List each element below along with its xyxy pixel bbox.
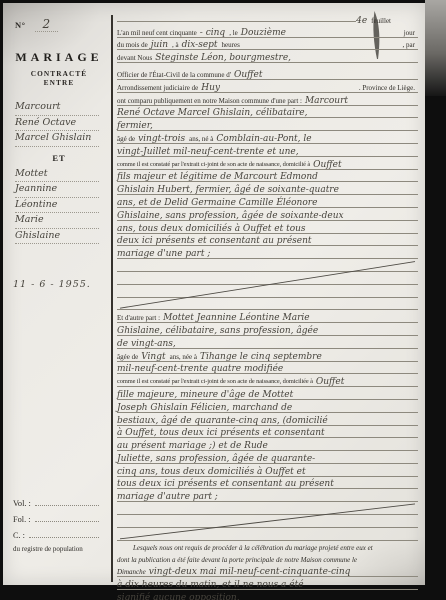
- vol-label: Vol. :: [13, 499, 31, 508]
- party1-names: MarcourtRené OctaveMarcel Ghislain: [15, 100, 103, 147]
- fol-fill-line: [35, 513, 99, 522]
- strikethrough-diagonal: [117, 502, 418, 540]
- handwritten-text: bestiaux, âgé de quarante-cinq ans, (dom…: [117, 417, 328, 426]
- handwritten-text: Steginste Léon, bourgmestre,: [155, 54, 291, 63]
- handwritten-text: - cinq: [200, 29, 225, 38]
- handwritten-text: mil-neuf-cent-trente quatre modifiée: [117, 365, 283, 374]
- form-row: ont comparu publiquement en notre Maison…: [117, 93, 418, 106]
- sidebar: N° 2 MARIAGE CONTRACTÉ ENTRE MarcourtRen…: [3, 3, 111, 585]
- document-page: N° 2 MARIAGE CONTRACTÉ ENTRE MarcourtRen…: [3, 3, 425, 585]
- handwritten-name-line: Jeannine: [15, 182, 99, 198]
- underlying-page-edge: [425, 0, 446, 96]
- handwritten-text: Ghislaine, sans profession, âgée de soix…: [117, 212, 344, 221]
- handwritten-text: signifié aucune opposition,: [117, 594, 240, 600]
- handwritten-text: Joseph Ghislain Félicien, marchand de: [117, 404, 292, 413]
- printed-text: Arrondissement judiciaire de: [117, 84, 198, 92]
- column-divider-rule: [111, 15, 113, 582]
- form-title: MARIAGE: [15, 50, 103, 65]
- handwritten-text: fils majeur et légitime de Marcourt Edmo…: [117, 173, 318, 182]
- section-closing: Lesquels nous ont requis de procéder à l…: [117, 541, 418, 600]
- section-opening: L'an mil neuf cent cinquante- cinq, leDo…: [117, 25, 418, 63]
- handwritten-name-line: Mottet: [15, 167, 99, 183]
- form-row: vingt-Juillet mil-neuf-cent-trente et un…: [117, 144, 418, 157]
- printed-text: dont la publication a été faite devant l…: [117, 556, 357, 564]
- form-row: deux ici présents et consentant au prése…: [117, 234, 418, 247]
- form-subtitle: CONTRACTÉ ENTRE: [15, 69, 103, 87]
- record-number-value: 2: [35, 17, 59, 32]
- form-row: L'an mil neuf cent cinquante- cinq, leDo…: [117, 25, 418, 38]
- handwritten-text: Tihange le cinq septembre: [200, 353, 322, 362]
- c-label: C. :: [13, 531, 25, 540]
- vol-fill-line: [35, 497, 99, 506]
- form-row: Officier de l'État-Civil de la commune d…: [117, 67, 418, 80]
- handwritten-text: fille majeure, mineure d'âge de Mottet: [117, 391, 293, 400]
- party2-names: MottetJeannineLéontineMarieGhislaine: [15, 167, 103, 245]
- fol-label: Fol. :: [13, 515, 31, 524]
- form-row: Ghislain Hubert, fermier, âgé de soixant…: [117, 182, 418, 195]
- form-row: 4efeuillet: [117, 13, 418, 25]
- form-row: de vingt-ans,: [117, 336, 418, 349]
- handwritten-text: cinq ans, tous deux domiciliés à Ouffet …: [117, 468, 306, 477]
- strikethrough-diagonal: [117, 259, 418, 310]
- handwritten-text: Ghislaine, célibataire, sans profession,…: [117, 327, 318, 336]
- registry-caption: du registre de population: [13, 545, 99, 553]
- section-blank-2: [117, 502, 418, 540]
- form-row: ans, tous deux domiciliés à Ouffet et to…: [117, 221, 418, 234]
- handwritten-text: Douzième: [241, 29, 286, 38]
- form-row: comme il est constaté par l'extrait ci-j…: [117, 157, 418, 170]
- form-row: Lesquels nous ont requis de procéder à l…: [117, 541, 418, 553]
- record-number-label: N°: [15, 20, 26, 30]
- form-row: fils majeur et légitime de Marcourt Edmo…: [117, 170, 418, 183]
- handwritten-text: deux ici présents et consentant au prése…: [117, 237, 312, 246]
- form-row: à Ouffet, tous deux ici présents et cons…: [117, 426, 418, 439]
- printed-text: jour: [404, 29, 415, 37]
- handwritten-text: au présent mariage ;) et de Rude: [117, 442, 268, 451]
- printed-text: L'an mil neuf cent cinquante: [117, 29, 197, 37]
- handwritten-text: Ouffet: [234, 71, 263, 80]
- printed-text: , à: [172, 41, 179, 49]
- form-row: signifié aucune opposition,: [117, 590, 418, 600]
- form-row: Dimanchevingt-deux mai mil-neuf-cent-cin…: [117, 564, 418, 577]
- form-row: Et d'autre part :Mottet Jeannine Léontin…: [117, 310, 418, 323]
- printed-text: âgé de: [117, 135, 135, 143]
- handwritten-text: tous deux ici présents et consentant au …: [117, 480, 334, 489]
- form-row: mariage d'une part ;: [117, 246, 418, 259]
- form-row: Ghislaine, sans profession, âgée de soix…: [117, 208, 418, 221]
- handwritten-text: Marcourt: [305, 97, 348, 106]
- form-body: 4efeuilletL'an mil neuf cent cinquante- …: [117, 13, 418, 600]
- handwritten-text: à Ouffet, tous deux ici présents et cons…: [117, 429, 325, 438]
- rule-fill: [117, 21, 356, 22]
- form-row: tous deux ici présents et consentant au …: [117, 477, 418, 490]
- handwritten-text: fermier,: [117, 122, 153, 131]
- handwritten-text: Vingt: [141, 353, 165, 362]
- handwritten-name-line: Marcel Ghislain: [15, 131, 99, 147]
- printed-text: devant Nous: [117, 54, 152, 62]
- form-row: ans, et de Delid Germaine Camille Éléono…: [117, 195, 418, 208]
- form-row: fille majeure, mineure d'âge de Mottet: [117, 387, 418, 400]
- form-row: bestiaux, âgé de quarante-cinq ans, (dom…: [117, 413, 418, 426]
- printed-text: heures: [222, 41, 240, 49]
- c-fill-line: [29, 529, 99, 538]
- printed-text: Officier de l'État-Civil de la commune d…: [117, 71, 231, 79]
- printed-text: ans, née à: [170, 353, 197, 361]
- form-row: âgée deVingtans, née àTihange le cinq se…: [117, 349, 418, 362]
- handwritten-text: ans, tous deux domiciliés à Ouffet et to…: [117, 225, 306, 234]
- form-row: fermier,: [117, 118, 418, 131]
- handwritten-text: Huy: [201, 84, 220, 93]
- printed-text: Et d'autre part :: [117, 314, 160, 322]
- form-row: mil-neuf-cent-trente quatre modifiée: [117, 362, 418, 375]
- form-row: devant NousSteginste Léon, bourgmestre,: [117, 50, 418, 63]
- handwritten-name-line: Léontine: [15, 198, 99, 214]
- form-row: cinq ans, tous deux domiciliés à Ouffet …: [117, 464, 418, 477]
- handwritten-text: Juliette, sans profession, âgée de quara…: [117, 455, 315, 464]
- handwritten-text: juin: [151, 41, 168, 50]
- form-row: Arrondissement judiciaire deHuy. Provinc…: [117, 80, 418, 93]
- form-row: Juliette, sans profession, âgée de quara…: [117, 451, 418, 464]
- handwritten-text: Comblain-au-Pont, le: [216, 135, 311, 144]
- handwritten-name-line: Marcourt: [15, 100, 99, 116]
- registry-c-row: C. :: [13, 529, 99, 540]
- handwritten-text: vingt-deux mai mil-neuf-cent-cinquante-c…: [149, 568, 351, 577]
- form-row: René Octave Marcel Ghislain, célibataire…: [117, 106, 418, 119]
- handwritten-text: Ouffet: [316, 378, 345, 387]
- registry-block: Vol. : Fol. : C. : du registre de popula…: [13, 497, 99, 553]
- printed-text: feuillet: [371, 17, 391, 25]
- form-row: du mois dejuin, àdix-septheures, par: [117, 38, 418, 51]
- handwritten-name-line: René Octave: [15, 116, 99, 132]
- section-groom: Officier de l'État-Civil de la commune d…: [117, 67, 418, 259]
- handwritten-text: Mottet Jeannine Léontine Marie: [163, 314, 310, 323]
- registry-fol-row: Fol. :: [13, 513, 99, 524]
- form-row: à dix heures du matin, et il ne nous a é…: [117, 577, 418, 590]
- printed-text: comme il est constaté par l'extrait ci-j…: [117, 378, 313, 386]
- section-feuillet-row: 4efeuillet: [117, 13, 418, 25]
- printed-text: ans, né à: [189, 135, 213, 143]
- conjunction-label: ET: [15, 153, 103, 163]
- handwritten-text: mariage d'autre part ;: [117, 493, 218, 502]
- handwritten-text: mariage d'une part ;: [117, 250, 210, 259]
- handwritten-text: de vingt-ans,: [117, 340, 176, 349]
- form-row: Ghislaine, célibataire, sans profession,…: [117, 323, 418, 336]
- printed-text: comme il est constaté par l'extrait ci-j…: [117, 161, 310, 169]
- form-row: Joseph Ghislain Félicien, marchand de: [117, 400, 418, 413]
- handwritten-name-line: Marie: [15, 213, 99, 229]
- handwritten-text: René Octave Marcel Ghislain, célibataire…: [117, 109, 307, 118]
- handwritten-text: Ouffet: [313, 161, 342, 170]
- printed-text: ont comparu publiquement en notre Maison…: [117, 97, 302, 105]
- form-row: dont la publication a été faite devant l…: [117, 552, 418, 564]
- handwritten-text: vingt-Juillet mil-neuf-cent-trente et un…: [117, 148, 299, 157]
- printed-text: Dimanche: [117, 568, 146, 576]
- scanned-document-view: { "frame": { "feuillet_hand": "4e", "feu…: [0, 0, 446, 600]
- printed-text: âgée de: [117, 353, 138, 361]
- printed-text: du mois de: [117, 41, 148, 49]
- handwritten-text: dix-sept: [182, 41, 218, 50]
- handwritten-name-line: Ghislaine: [15, 229, 99, 245]
- form-row: mariage d'autre part ;: [117, 489, 418, 502]
- handwritten-text: ans, et de Delid Germaine Camille Éléono…: [117, 199, 317, 208]
- margin-date-note: 11 - 6 - 1955.: [13, 279, 91, 290]
- form-row: au présent mariage ;) et de Rude: [117, 438, 418, 451]
- printed-text: . Province de Liège.: [359, 84, 415, 92]
- form-row: âgé devingt-troisans, né àComblain-au-Po…: [117, 131, 418, 144]
- registry-vol-row: Vol. :: [13, 497, 99, 508]
- printed-text: , le: [229, 29, 238, 37]
- section-blank-1: [117, 259, 418, 310]
- handwritten-text: à dix heures du matin, et il ne nous a é…: [117, 581, 304, 590]
- form-row: comme il est constaté par l'extrait ci-j…: [117, 374, 418, 387]
- printed-text: Lesquels nous ont requis de procéder à l…: [117, 544, 373, 552]
- handwritten-text: Ghislain Hubert, fermier, âgé de soixant…: [117, 186, 339, 195]
- section-bride: Et d'autre part :Mottet Jeannine Léontin…: [117, 310, 418, 502]
- handwritten-text: vingt-trois: [138, 135, 185, 144]
- record-number-row: N° 2: [15, 17, 103, 32]
- printed-text: , par: [403, 41, 415, 49]
